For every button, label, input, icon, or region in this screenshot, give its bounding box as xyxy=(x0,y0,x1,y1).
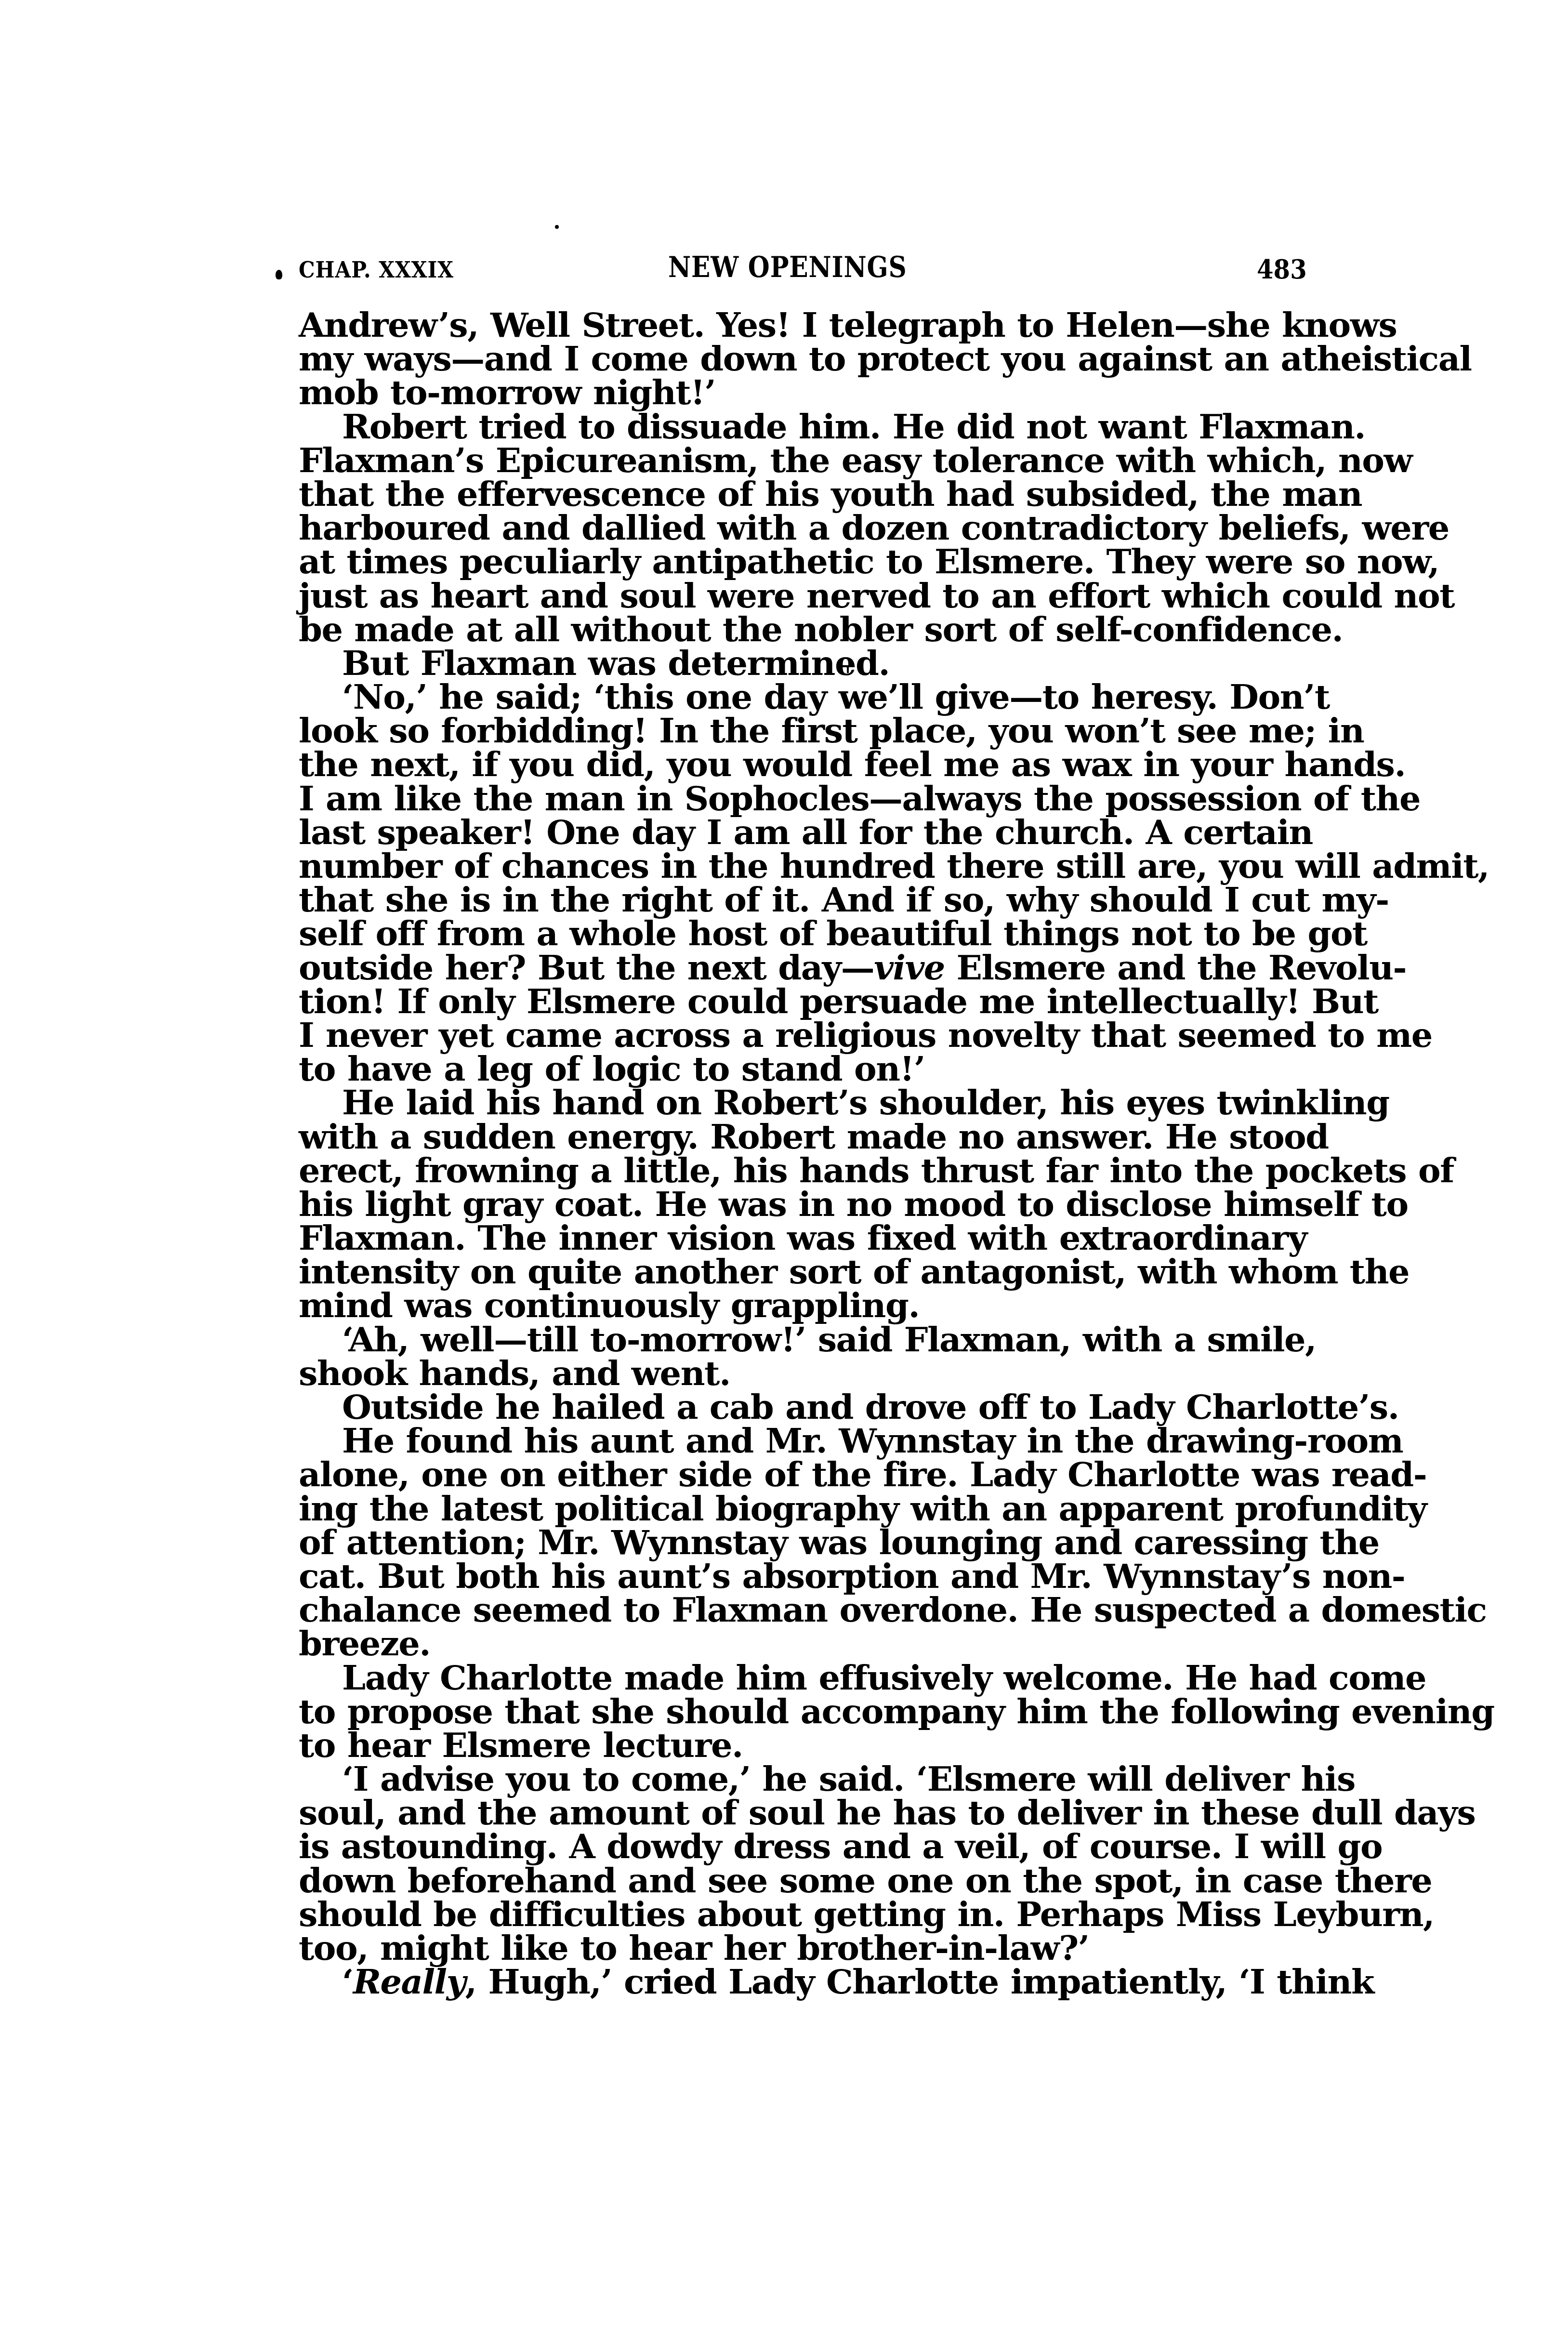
body-text: Andrew’s, Well Street. Yes! I telegraph … xyxy=(299,308,1307,1999)
text-line: breeze. xyxy=(299,1627,1307,1661)
text-line: number of chances in the hundred there s… xyxy=(299,849,1307,883)
text-line: Lady Charlotte made him effusively welco… xyxy=(299,1661,1307,1695)
text-line: Andrew’s, Well Street. Yes! I telegraph … xyxy=(299,308,1307,342)
text-line: his light gray coat. He was in no mood t… xyxy=(299,1188,1307,1221)
text-line: with a sudden energy. Robert made no ans… xyxy=(299,1120,1307,1154)
text-line: that she is in the right of it. And if s… xyxy=(299,883,1307,917)
text-line: down beforehand and see some one on the … xyxy=(299,1864,1307,1898)
text-line: just as heart and soul were nerved to an… xyxy=(299,579,1307,613)
text-line: Outside he hailed a cab and drove off to… xyxy=(299,1390,1307,1424)
text-line: mob to-morrow night!’ xyxy=(299,376,1307,409)
text-line: intensity on quite another sort of antag… xyxy=(299,1255,1307,1289)
page-number: 483 xyxy=(1257,253,1307,285)
line-text: ‘ xyxy=(342,1962,353,2002)
text-line: that the effervescence of his youth had … xyxy=(299,477,1307,511)
line-text: chalance seemed to Flaxman overdone. He … xyxy=(299,1590,1487,1630)
text-line: be made at all without the nobler sort o… xyxy=(299,613,1307,647)
text-line: ‘Ah, well—till to-morrow!’ said Flaxman,… xyxy=(299,1323,1307,1357)
text-line: outside her? But the next day—vive Elsme… xyxy=(299,951,1307,985)
running-head: CHAP. XXXIX NEW OPENINGS 483 xyxy=(299,251,1307,285)
text-line: shook hands, and went. xyxy=(299,1357,1307,1390)
text-line: ‘I advise you to come,’ he said. ‘Elsmer… xyxy=(299,1762,1307,1796)
text-line: ing the latest political biography with … xyxy=(299,1492,1307,1526)
text-line: soul, and the amount of soul he has to d… xyxy=(299,1796,1307,1830)
text-line: look so forbidding! In the first place, … xyxy=(299,714,1307,748)
chapter-label: CHAP. XXXIX xyxy=(299,255,454,284)
text-line: my ways—and I come down to protect you a… xyxy=(299,342,1307,376)
text-line: I am like the man in Sophocles—always th… xyxy=(299,782,1307,816)
text-line: should be difficulties about getting in.… xyxy=(299,1898,1307,1931)
text-line: Flaxman. The inner vision was fixed with… xyxy=(299,1221,1307,1255)
text-line: I never yet came across a religious nove… xyxy=(299,1018,1307,1052)
margin-mark xyxy=(276,270,282,279)
text-line: to hear Elsmere lecture. xyxy=(299,1729,1307,1762)
italic-text: Really xyxy=(353,1962,465,2002)
text-line: ‘No,’ he said; ‘this one day we’ll give—… xyxy=(299,680,1307,714)
text-line: erect, frowning a little, his hands thru… xyxy=(299,1154,1307,1188)
text-line: of attention; Mr. Wynnstay was lounging … xyxy=(299,1526,1307,1559)
text-line: self off from a whole host of beautiful … xyxy=(299,917,1307,951)
text-line: ‘Really, Hugh,’ cried Lady Charlotte imp… xyxy=(299,1965,1307,1999)
text-line: to have a leg of logic to stand on!’ xyxy=(299,1052,1307,1086)
text-line: too, might like to hear her brother-in-l… xyxy=(299,1931,1307,1965)
text-line: But Flaxman was determined. xyxy=(299,647,1307,680)
text-line: harboured and dallied with a dozen contr… xyxy=(299,511,1307,545)
text-line: alone, one on either side of the fire. L… xyxy=(299,1458,1307,1492)
text-line: Robert tried to dissuade him. He did not… xyxy=(299,410,1307,444)
text-line: Flaxman’s Epicureanism, the easy toleran… xyxy=(299,444,1307,477)
text-line: He found his aunt and Mr. Wynnstay in th… xyxy=(299,1424,1307,1458)
book-page: CHAP. XXXIX NEW OPENINGS 483 Andrew’s, W… xyxy=(0,0,1568,2350)
text-line: chalance seemed to Flaxman overdone. He … xyxy=(299,1593,1307,1627)
text-line: mind was continuously grappling. xyxy=(299,1289,1307,1322)
text-line: cat. But both his aunt’s absorption and … xyxy=(299,1559,1307,1593)
text-line: last speaker! One day I am all for the c… xyxy=(299,816,1307,849)
text-line: He laid his hand on Robert’s shoulder, h… xyxy=(299,1086,1307,1120)
text-line: to propose that she should accompany him… xyxy=(299,1695,1307,1729)
text-line: is astounding. A dowdy dress and a veil,… xyxy=(299,1830,1307,1863)
text-line: the next, if you did, you would feel me … xyxy=(299,748,1307,781)
scan-speck xyxy=(555,225,559,229)
text-line: at times peculiarly antipathetic to Elsm… xyxy=(299,545,1307,579)
line-text: , Hugh,’ cried Lady Charlotte impatientl… xyxy=(465,1962,1374,2002)
text-line: tion! If only Elsmere could persuade me … xyxy=(299,985,1307,1018)
page-title: NEW OPENINGS xyxy=(668,251,907,283)
